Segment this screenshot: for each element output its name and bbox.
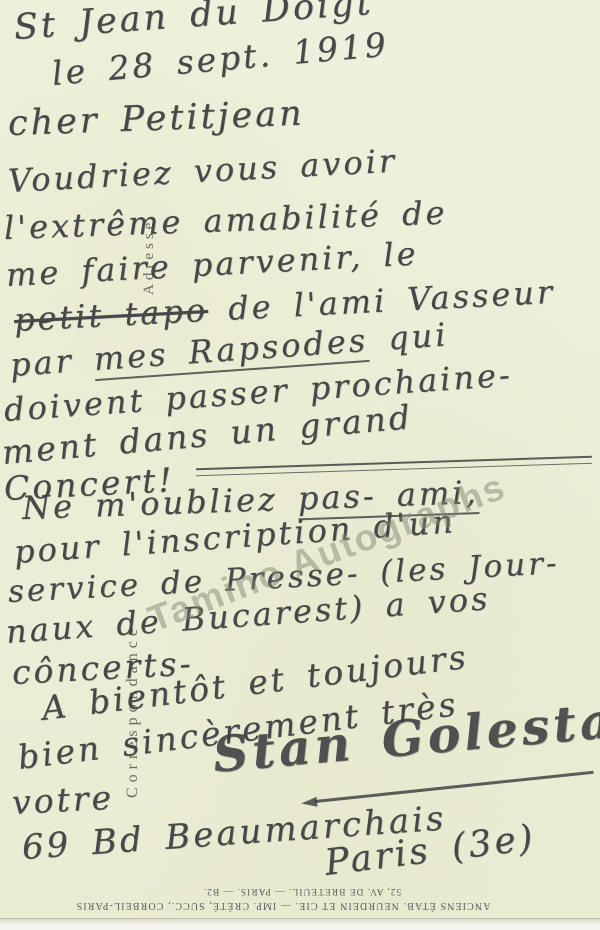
letter-salutation: cher Petitjean <box>7 94 305 144</box>
letter-line: votre <box>11 778 115 822</box>
printer-imprint-line-breteuil: 52, AV. DE BRETEUIL. — PARIS. — B2. <box>203 886 401 896</box>
letter-line-text: qui <box>367 315 450 359</box>
ink-emphasis-rule <box>196 456 592 476</box>
postcard-paper: Adresse Correspondance 52, AV. DE BRETEU… <box>0 0 600 918</box>
signature-flourish <box>315 771 594 803</box>
struck-words: petit tapo <box>13 291 209 339</box>
letter-line: Voudriez vous avoir <box>7 142 398 200</box>
letter-photo: Adresse Correspondance 52, AV. DE BRETEU… <box>0 0 600 930</box>
printer-imprint-line-neurdein: ANCIENS ÉTAB. NEURDEIN ET CIE. — IMP. CR… <box>76 900 491 911</box>
letter-line-text: par <box>9 340 95 384</box>
card-bottom-edge <box>0 918 600 930</box>
